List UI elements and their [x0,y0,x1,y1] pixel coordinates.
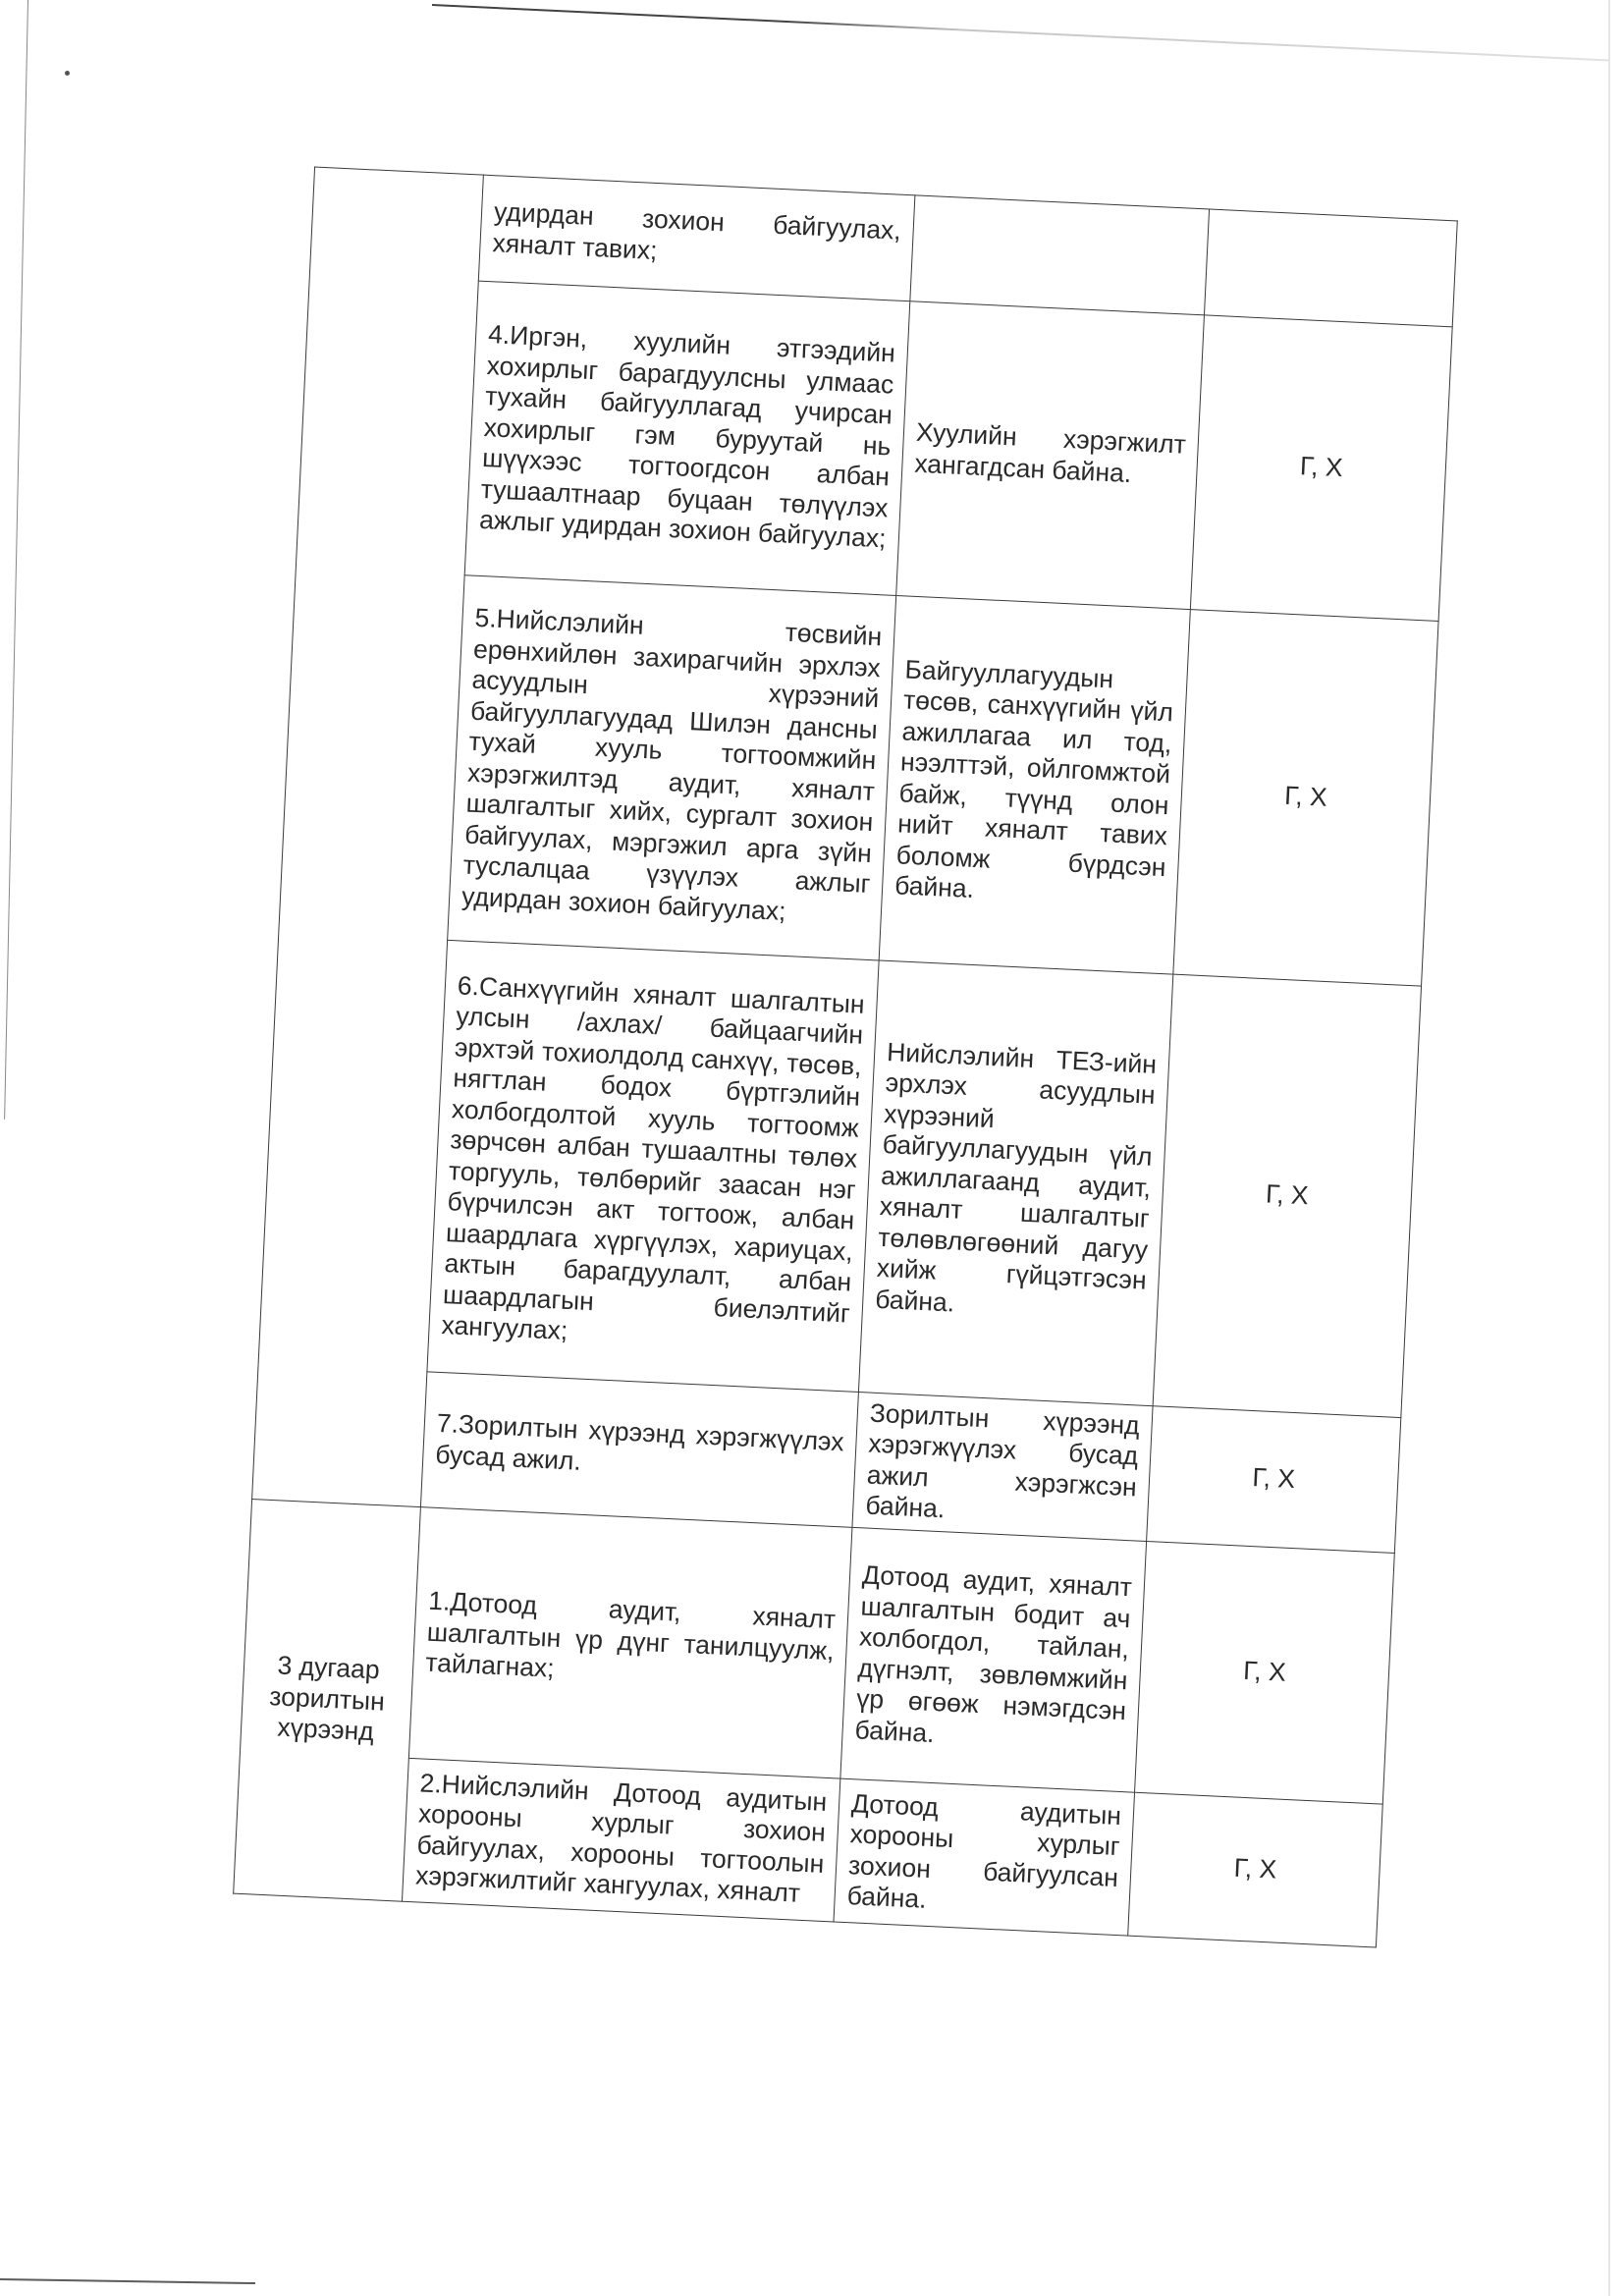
mark-cell [1204,209,1457,327]
result-cell: Дотоод аудитын хорооны хурлыг зохион бай… [834,1778,1135,1936]
task-cell: 2.Нийслэлийн Дотоод аудитын хорооны хурл… [402,1758,839,1922]
task-cell: 6.Санхүүгийн хяналт шалгалтын улсын /ахл… [427,940,879,1392]
scan-artifact-bottom-line [0,2278,255,2284]
mark-cell: Г, Х [1147,1406,1401,1554]
mark-cell: Г, Х [1153,974,1421,1417]
section-cell: 3 дугаар зорилтын хүрээнд [234,1500,421,1902]
result-cell: Хуулийн хэрэгжилт хангагдсан байна. [896,301,1205,610]
scan-artifact-top-line [432,4,1609,62]
mark-cell: Г, Х [1128,1792,1383,1947]
task-cell: 5.Нийслэлийн төсвийн ерөнхийлөн захирагч… [448,575,896,960]
task-cell: удирдан зохион байгуулах, хяналт тавих; [478,175,915,301]
result-cell: Дотоод аудит, хяналт шалгалтын бодит ач … [840,1527,1147,1792]
task-cell: 4.Иргэн, хуулийн этгээдийн хохирлыг бара… [464,281,910,595]
result-cell: Зорилтын хүрээнд хэрэгжүүлэх бусад ажил … [852,1393,1153,1542]
mark-cell: Г, Х [1190,315,1452,622]
task-cell: 7.Зорилтын хүрээнд хэрэгжүүлэх бусад ажи… [420,1372,858,1528]
result-cell: Байгууллагуудын төсөв, санхүүгийн үйл аж… [879,595,1190,974]
task-cell: 1.Дотоод аудит, хяналт шалгалтын үр дүнг… [408,1507,852,1778]
mark-cell: Г, Х [1135,1542,1395,1805]
scan-edge-left [4,0,28,1120]
plan-table: удирдан зохион байгуулах, хяналт тавих; … [233,167,1458,1948]
result-cell: Нийслэлийн ТЕЗ-ийн эрхлэх асуудлын хүрээ… [858,960,1172,1406]
result-cell [910,195,1210,315]
plan-table-container: удирдан зохион байгуулах, хяналт тавих; … [233,167,1457,1947]
scan-edge-right [1608,0,1610,2296]
scan-speck [65,71,70,76]
mark-cell: Г, Х [1173,610,1438,987]
